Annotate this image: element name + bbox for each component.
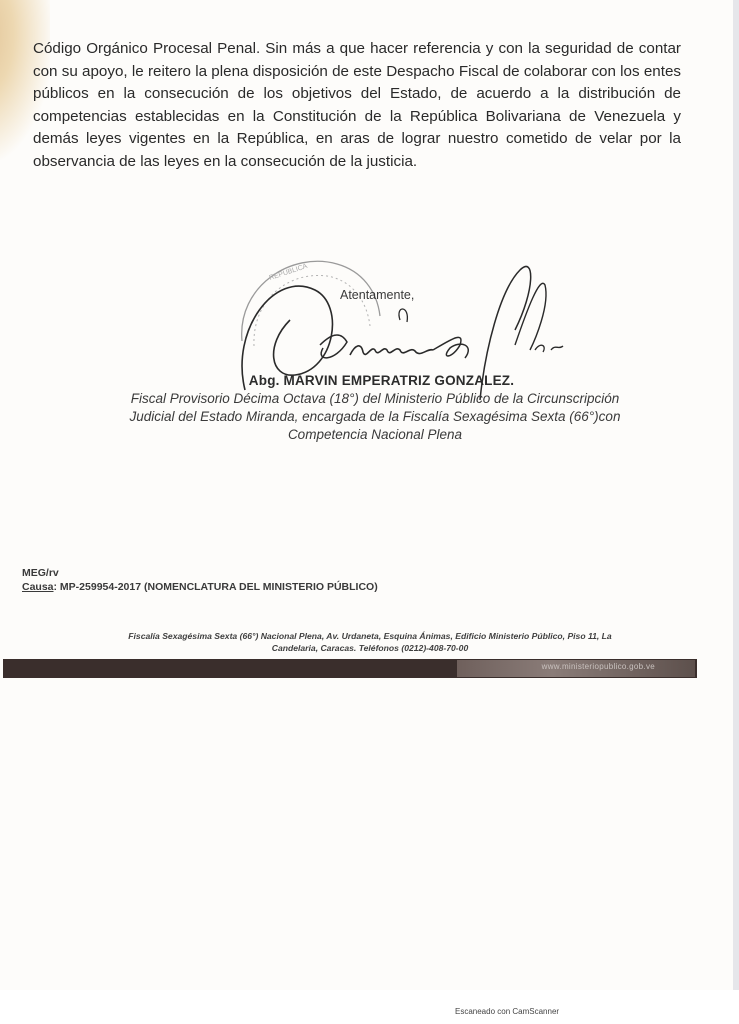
signer-title-line: Judicial del Estado Miranda, encargada d… bbox=[45, 408, 705, 426]
signature-block: REPUBLICA Atentamente, Abg. MARVIN EMPER… bbox=[0, 240, 733, 460]
body-paragraph: Código Orgánico Procesal Penal. Sin más … bbox=[33, 38, 681, 174]
reference-block: MEG/rv Causa: MP-259954-2017 (NOMENCLATU… bbox=[22, 566, 378, 594]
signer-name: Abg. MARVIN EMPERATRIZ GONZALEZ. bbox=[0, 373, 733, 388]
address-line: Candelaria, Caracas. Teléfonos (0212)-40… bbox=[30, 642, 710, 654]
initials: MEG/rv bbox=[22, 566, 378, 580]
signer-title: Fiscal Provisorio Décima Octava (18°) de… bbox=[45, 390, 705, 444]
address-line: Fiscalía Sexagésima Sexta (66°) Nacional… bbox=[30, 630, 710, 642]
signer-title-line: Competencia Nacional Plena bbox=[45, 426, 705, 444]
scanner-watermark: Escaneado con CamScanner bbox=[455, 1007, 559, 1016]
office-address: Fiscalía Sexagésima Sexta (66°) Nacional… bbox=[30, 630, 710, 654]
signer-title-line: Fiscal Provisorio Décima Octava (18°) de… bbox=[45, 390, 705, 408]
causa-value: : MP-259954-2017 (NOMENCLATURA DEL MINIS… bbox=[54, 581, 378, 593]
causa-label: Causa bbox=[22, 581, 54, 593]
scanned-page: Código Orgánico Procesal Penal. Sin más … bbox=[0, 0, 733, 990]
page-edge bbox=[733, 0, 739, 990]
footer-url: www.ministeriopublico.gob.ve bbox=[542, 662, 655, 671]
causa-line: Causa: MP-259954-2017 (NOMENCLATURA DEL … bbox=[22, 580, 378, 594]
letterhead-footer-bar: www.ministeriopublico.gob.ve bbox=[3, 659, 697, 678]
